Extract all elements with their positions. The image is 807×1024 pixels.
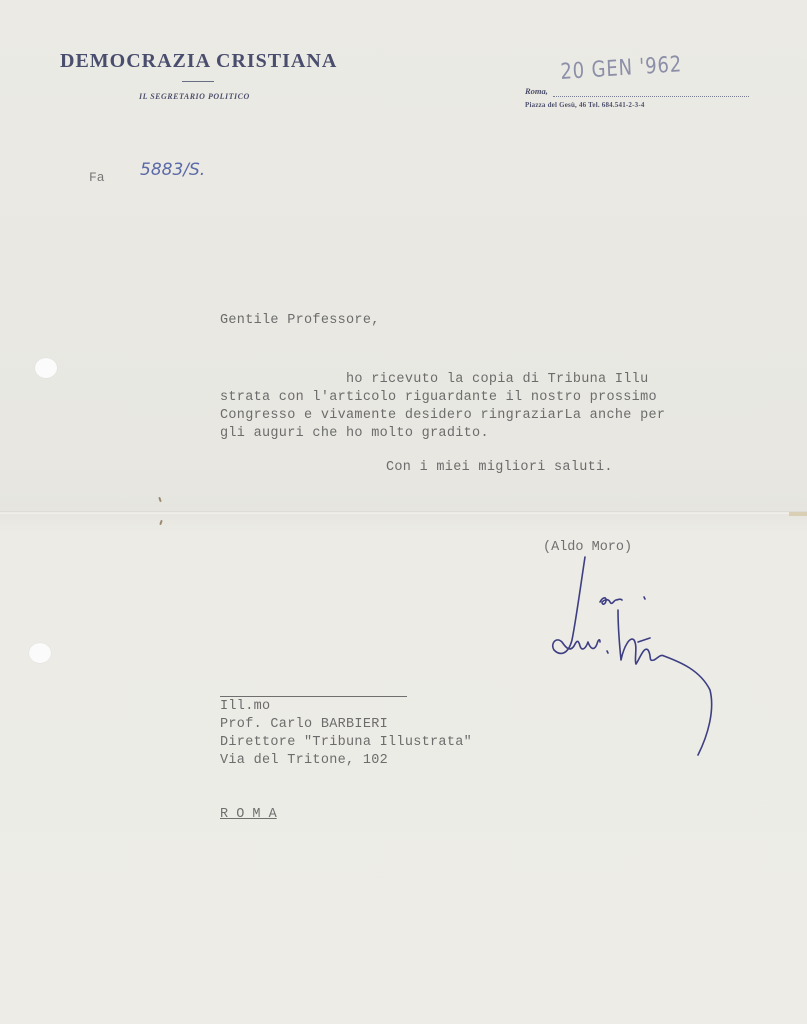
- closing: Con i miei migliori saluti.: [386, 460, 613, 475]
- date-dotted-line: [553, 96, 749, 97]
- letterhead-office: IL SEGRETARIO POLITICO: [139, 92, 250, 101]
- paper-fold-line: [0, 511, 807, 514]
- recipient-line: Direttore "Tribuna Illustrata": [220, 735, 472, 750]
- paper-speck: [158, 497, 162, 502]
- recipient-line: Via del Tritone, 102: [220, 753, 388, 768]
- recipient-line: Ill.mo: [220, 699, 270, 714]
- body-line: ho ricevuto la copia di Tribuna Illu: [220, 372, 648, 387]
- letterhead-organization: DEMOCRAZIA CRISTIANA: [60, 50, 337, 73]
- body-line: strata con l'articolo riguardante il nos…: [220, 390, 657, 405]
- reference-label: Fa: [89, 170, 105, 185]
- salutation: Gentile Professore,: [220, 313, 380, 328]
- date-stamp: 20 GEN '962: [560, 52, 683, 85]
- body-line: Congresso e vivamente desidero ringrazia…: [220, 408, 665, 423]
- body-line: gli auguri che ho molto gradito.: [220, 426, 489, 441]
- letter-page: DEMOCRAZIA CRISTIANA IL SEGRETARIO POLIT…: [0, 0, 807, 1024]
- punch-hole-icon: [29, 643, 51, 663]
- letterhead-address: Piazza del Gesù, 46 Tel. 684.541-2-3-4: [525, 101, 645, 109]
- recipient-line: Prof. Carlo BARBIERI: [220, 717, 388, 732]
- punch-hole-icon: [35, 358, 57, 378]
- letterhead-divider: [182, 81, 214, 82]
- recipient-city: R O M A: [220, 807, 277, 822]
- recipient-rule: [220, 696, 407, 697]
- handwritten-signature-icon: [540, 550, 750, 765]
- paper-speck: [159, 520, 163, 525]
- reference-number-handwritten: 5883/S.: [140, 160, 205, 180]
- paper-fold-edge: [789, 512, 807, 516]
- place-label: Roma,: [525, 86, 548, 96]
